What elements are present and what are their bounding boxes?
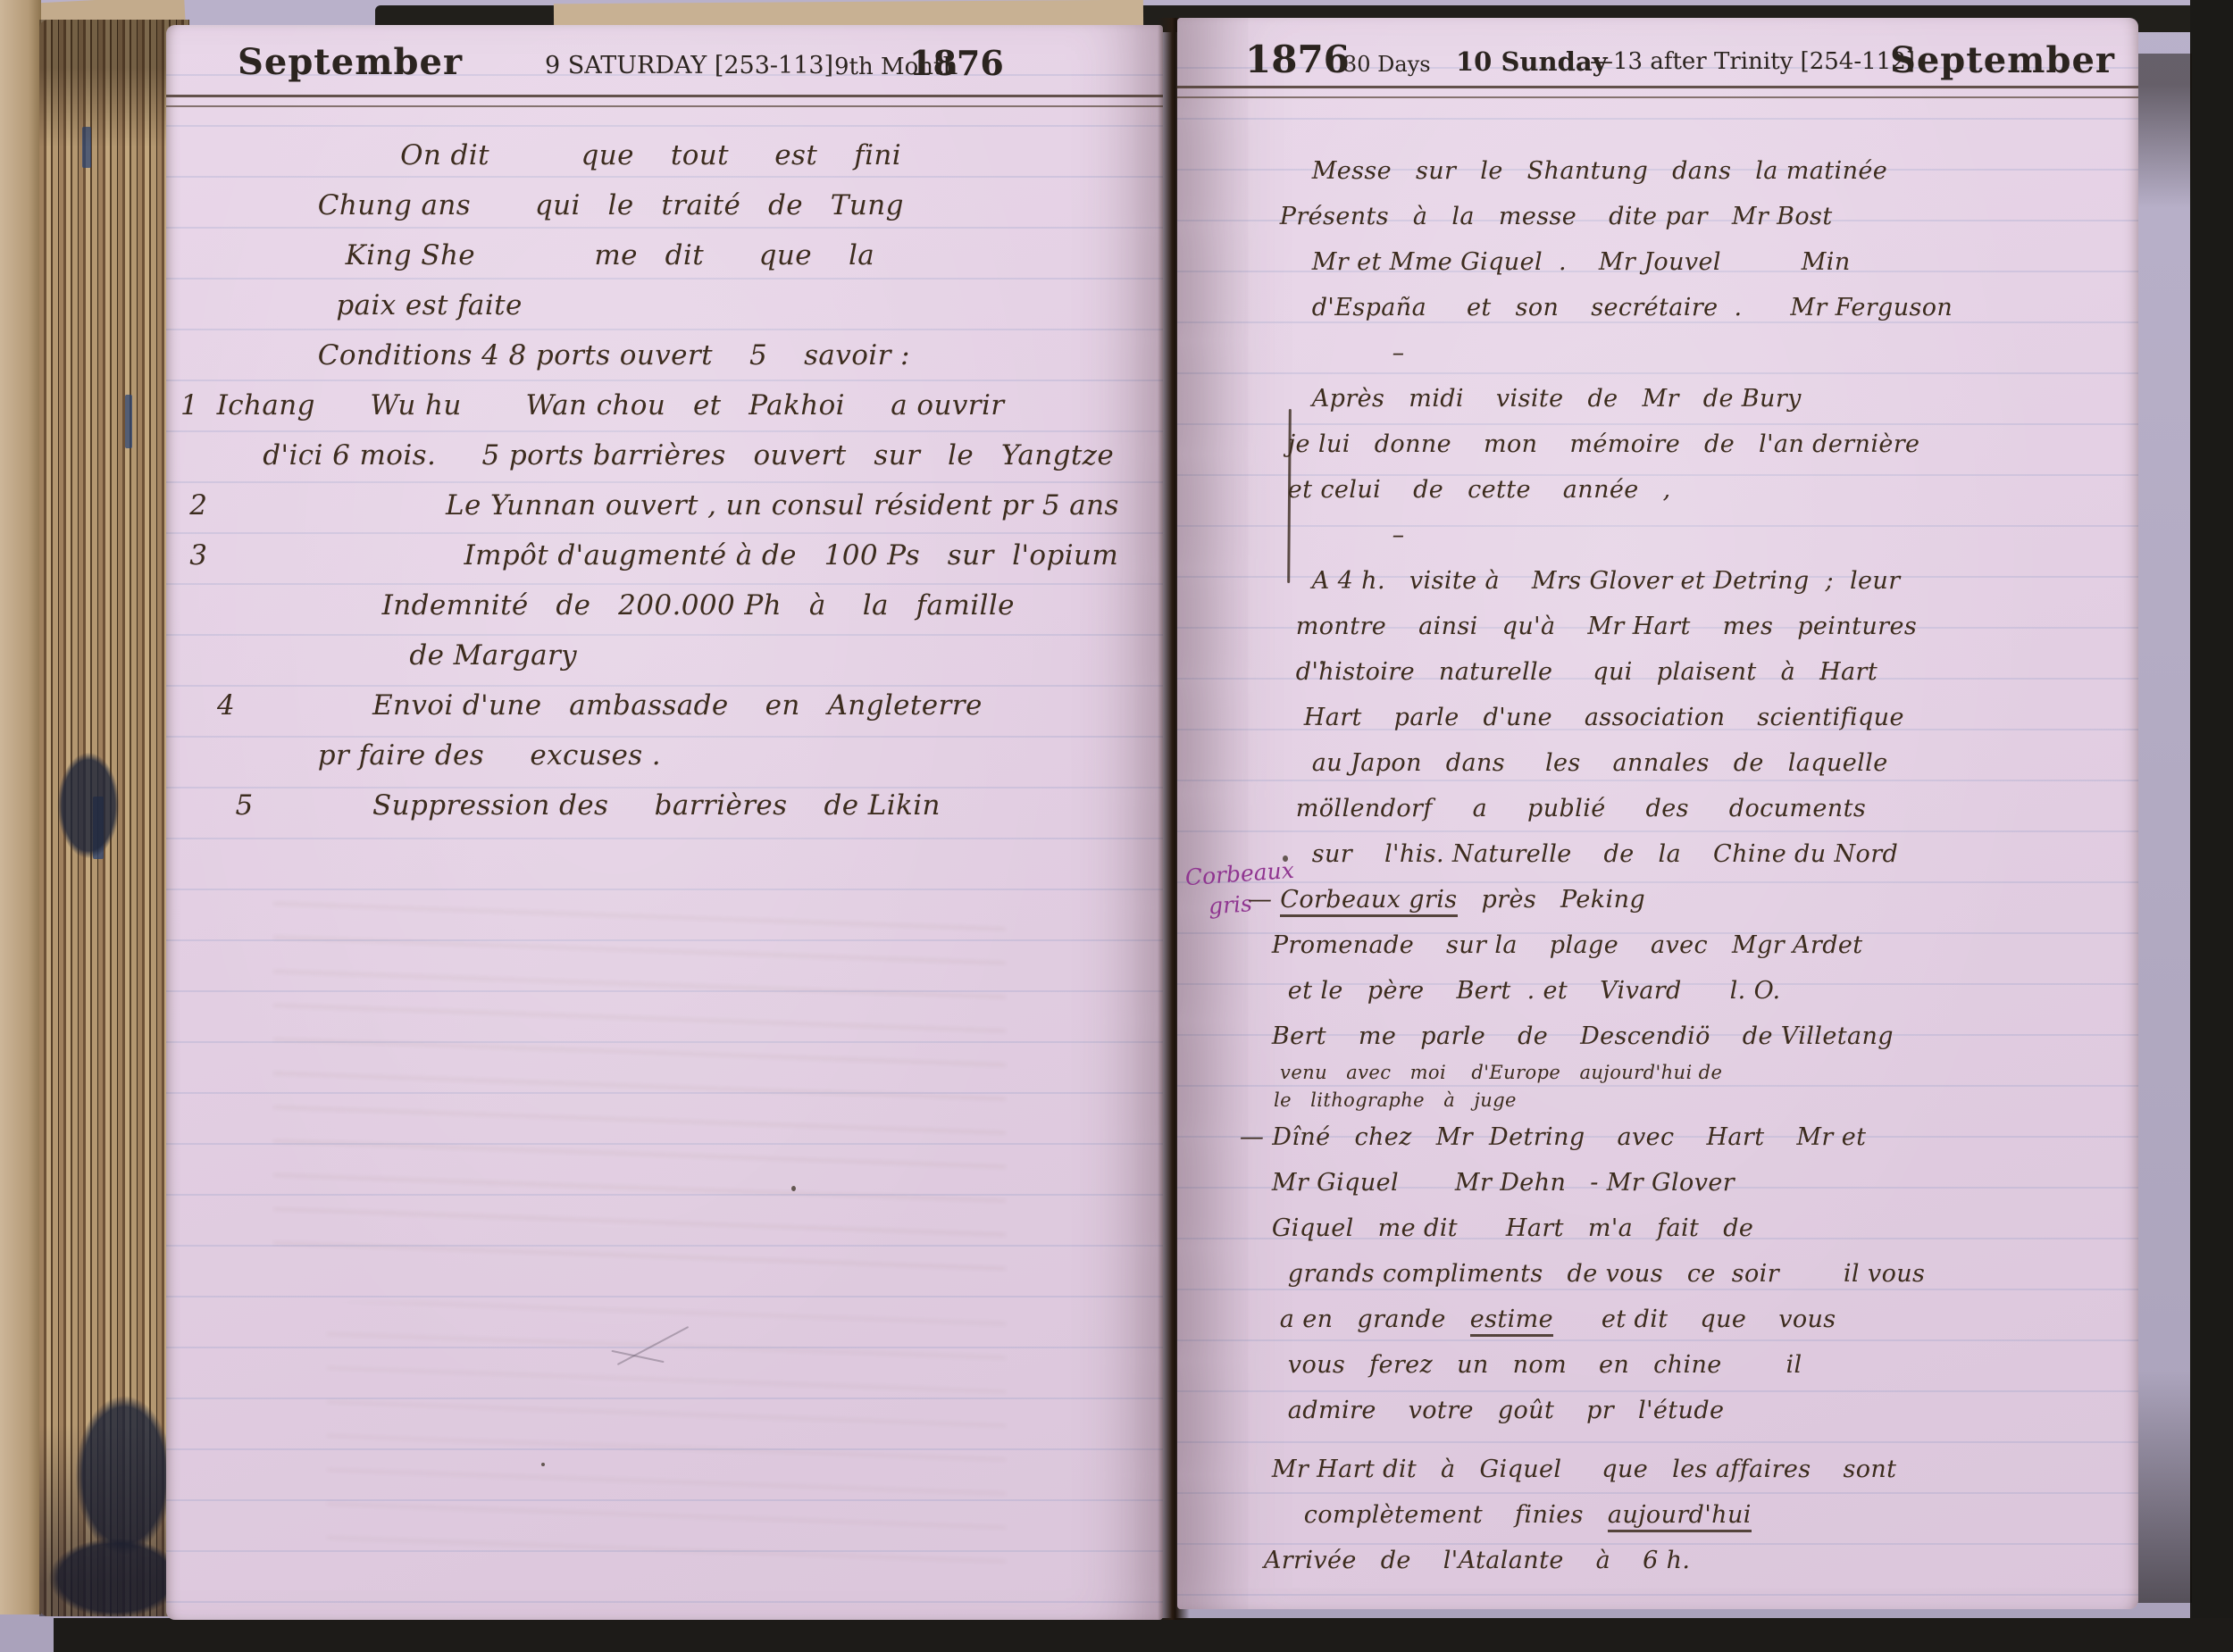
handwriting-line: vous ferez un nom en chine il [1192, 1342, 2129, 1388]
left-day-header: 9 SATURDAY [253-113] [545, 52, 833, 79]
handwriting-line: de Margary [180, 630, 1150, 680]
underlined-phrase: aujourd'hui [1608, 1501, 1752, 1532]
handwriting-line: Bert me parle de Descendiö de Villetang [1192, 1014, 2129, 1059]
ink-blot [57, 752, 120, 859]
phrase: près Peking [1458, 886, 1646, 914]
ink-fleck [1283, 855, 1288, 862]
right-day-subheader: —13 after Trinity [254-112] [1590, 48, 1915, 75]
handwriting-line: 5 Suppression des barrières de Likin [180, 780, 1150, 830]
handwriting-line: Mr Giquel Mr Dehn - Mr Glover [1192, 1160, 2129, 1206]
handwriting-line: admire votre goût pr l'étude [1192, 1388, 2129, 1433]
show-through [327, 1302, 1006, 1570]
handwriting-line: — Corbeaux gris près Peking [1192, 877, 2129, 922]
ink-speck [125, 395, 132, 448]
left-year: 1876 [909, 43, 1004, 83]
handwriting-line: je lui donne mon mémoire de l'an dernièr… [1192, 421, 2129, 467]
phrase: et dit que vous [1553, 1306, 1836, 1333]
handwriting-line: Mr Hart dit à Giquel que les affaires so… [1192, 1447, 2129, 1492]
diary-page-right: 1876 30 Days 10 Sunday —13 after Trinity… [1177, 18, 2138, 1609]
ink-fleck [1320, 661, 1324, 664]
ink-speck [82, 127, 91, 168]
underlined-phrase: Corbeaux gris [1280, 886, 1457, 917]
phrase: complètement finies [1192, 1501, 1608, 1529]
show-through [273, 900, 1006, 1275]
handwriting-line: et celui de cette année , [1192, 467, 2129, 513]
handwriting-line: – [1192, 513, 2129, 558]
phrase: — [1192, 886, 1280, 914]
ink-fleck [541, 1463, 545, 1466]
handwriting-line: 2 Le Yunnan ouvert , un consul résident … [180, 480, 1150, 530]
page-edges-right [2135, 54, 2192, 1603]
diary-page-left: September 9 SATURDAY [253-113] 9th Month… [166, 25, 1163, 1620]
handwriting-line: Promenade sur la plage avec Mgr Ardet [1192, 922, 2129, 968]
right-year: 1876 [1245, 38, 1350, 81]
handwriting-line: d'España et son secrétaire . Mr Ferguson [1192, 285, 2129, 330]
header-rule [1177, 86, 2138, 98]
handwriting-line: möllendorf a publié des documents [1192, 786, 2129, 831]
handwriting-line: pr faire des excuses . [180, 730, 1150, 780]
handwriting-line: King She me dit que la [180, 230, 1150, 280]
ink-blot [48, 1538, 182, 1618]
handwriting-line: A 4 h. visite à Mrs Glover et Detring ; … [1192, 558, 2129, 604]
handwriting-line: et le père Bert . et Vivard l. O. [1192, 968, 2129, 1014]
ink-fleck [791, 1186, 796, 1191]
paper-lining-left [0, 0, 41, 1614]
right-handwriting-block: Messe sur le Shantung dans la matinée Pr… [1192, 148, 2129, 1583]
handwriting-line: d'histoire naturelle qui plaisent à Hart [1192, 649, 2129, 695]
ink-speck [93, 797, 104, 859]
left-month-header: September [238, 41, 463, 83]
ink-blot [75, 1395, 173, 1556]
handwriting-line: Arrivée de l'Atalante à 6 h. [1192, 1538, 2129, 1583]
handwriting-line: Mr et Mme Giquel . Mr Jouvel Min [1192, 239, 2129, 285]
handwriting-line: Présents à la messe dite par Mr Bost [1192, 194, 2129, 239]
phrase: a en grande [1192, 1306, 1470, 1333]
handwriting-line: – [1192, 330, 2129, 376]
handwriting-line: montre ainsi qu'à Mr Hart mes peintures [1192, 604, 2129, 649]
diary-photo: September 9 SATURDAY [253-113] 9th Month… [0, 0, 2233, 1652]
handwriting-line: Indemnité de 200.000 Ph à la famille [180, 580, 1150, 630]
handwriting-line: Messe sur le Shantung dans la matinée [1192, 148, 2129, 194]
right-days-count: 30 Days [1343, 52, 1431, 77]
handwriting-line: venu avec moi d'Europe aujourd'hui de [1192, 1059, 2129, 1087]
handwriting-line: complètement finies aujourd'hui [1192, 1492, 2129, 1538]
header-rule [166, 95, 1163, 107]
handwriting-line: le lithographe à juge [1192, 1087, 2129, 1114]
left-handwriting-block: On dit que tout est fini Chung ans qui l… [180, 130, 1150, 830]
book-cover-right-edge [2190, 0, 2233, 1652]
handwriting-line: 1 Ichang Wu hu Wan chou et Pakhoi a ouvr… [180, 380, 1150, 430]
handwriting-line: Hart parle d'une association scientifiqu… [1192, 695, 2129, 740]
handwriting-line: Conditions 4 8 ports ouvert 5 savoir : [180, 330, 1150, 380]
handwriting-line: paix est faite [180, 280, 1150, 330]
right-month-header: September [1890, 39, 2115, 81]
handwriting-line: On dit que tout est fini [180, 130, 1150, 180]
right-day-header: 10 Sunday [1456, 46, 1607, 77]
handwriting-line: 3 Impôt d'augmenté à de 100 Ps sur l'opi… [180, 530, 1150, 580]
book-cover-bottom-edge [54, 1618, 2233, 1652]
handwriting-line: Après midi visite de Mr de Bury [1192, 376, 2129, 421]
handwriting-line: grands compliments de vous ce soir il vo… [1192, 1251, 2129, 1297]
handwriting-line: au Japon dans les annales de laquelle [1192, 740, 2129, 786]
handwriting-line: Giquel me dit Hart m'a fait de [1192, 1206, 2129, 1251]
handwriting-line: — Dîné chez Mr Detring avec Hart Mr et [1192, 1114, 2129, 1160]
handwriting-line: d'ici 6 mois. 5 ports barrières ouvert s… [180, 430, 1150, 480]
underlined-phrase: estime [1470, 1306, 1553, 1337]
handwriting-line: 4 Envoi d'une ambassade en Angleterre [180, 680, 1150, 730]
handwriting-line: Chung ans qui le traité de Tung [180, 180, 1150, 230]
handwriting-line: a en grande estime et dit que vous [1192, 1297, 2129, 1342]
handwriting-line: sur l'his. Naturelle de la Chine du Nord [1192, 831, 2129, 877]
